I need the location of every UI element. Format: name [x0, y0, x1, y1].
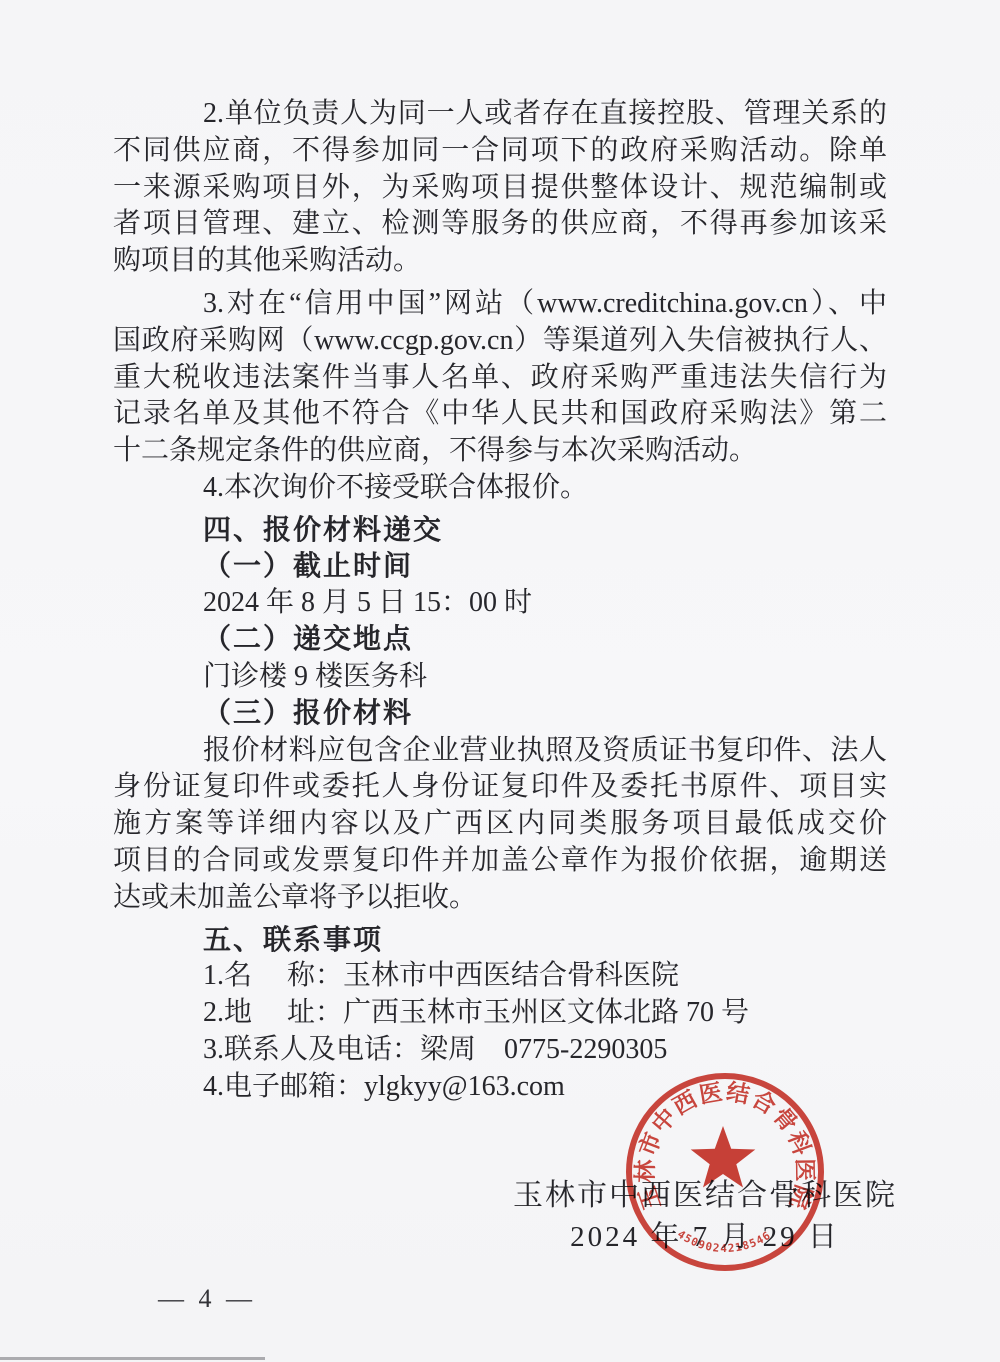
- seal-star-icon: [691, 1126, 756, 1188]
- text-line: 施方案等详细内容以及广西区内同类服务项目最低成交价: [113, 806, 887, 843]
- paragraph-materials-requirements: 报价材料应包含企业营业执照及资质证书复印件、法人身份证复印件或委托人身份证复印件…: [113, 733, 887, 917]
- text-line: 国政府采购网（www.ccgp.gov.cn）等渠道列入失信被执行人、: [113, 323, 887, 360]
- scan-artifact-line: [0, 1357, 265, 1360]
- text-line: 2.单位负责人为同一人或者存在直接控股、管理关系的: [113, 96, 887, 133]
- official-seal-stamp: 玉林市中西医结合骨科医院 4509024218546: [595, 1042, 855, 1302]
- text-line: 十二条规定条件的供应商，不得参与本次采购活动。: [113, 433, 887, 470]
- contact-item: 1.名 称：玉林市中西医结合骨科医院: [113, 958, 887, 995]
- location-value: 门诊楼 9 楼医务科: [113, 659, 887, 696]
- text-line: 达或未加盖公章将予以拒收。: [113, 880, 887, 917]
- subheading-submission-location: （二）递交地点: [113, 622, 887, 659]
- text-line: 3.对在“信用中国”网站（www.creditchina.gov.cn）、中: [113, 286, 887, 323]
- text-line: 者项目管理、建立、检测等服务的供应商，不得再参加该采: [113, 206, 887, 243]
- seal-graphic: 玉林市中西医结合骨科医院 4509024218546: [595, 1042, 855, 1302]
- text-line: 身份证复印件或委托人身份证复印件及委托书原件、项目实: [113, 769, 887, 806]
- contact-item: 2.地 址：广西玉林市玉州区文体北路 70 号: [113, 995, 887, 1032]
- deadline-value: 2024 年 8 月 5 日 15：00 时: [113, 585, 887, 622]
- paragraph-credit-blacklist: 3.对在“信用中国”网站（www.creditchina.gov.cn）、中国政…: [113, 286, 887, 470]
- paragraph-no-consortium: 4.本次询价不接受联合体报价。: [113, 470, 887, 507]
- text-line: 购项目的其他采购活动。: [113, 243, 887, 280]
- text-line: 记录名单及其他不符合《中华人民共和国政府采购法》第二: [113, 396, 887, 433]
- text-line: 不同供应商，不得参加同一合同项下的政府采购活动。除单: [113, 133, 887, 170]
- heading-section-4-materials-submission: 四、报价材料递交: [113, 512, 887, 549]
- text-line: 项目的合同或发票复印件并加盖公章作为报价依据，逾期送: [113, 843, 887, 880]
- text-line: 重大税收违法案件当事人名单、政府采购严重违法失信行为: [113, 360, 887, 397]
- subheading-deadline: （一）截止时间: [113, 549, 887, 586]
- text-line: 一来源采购项目外，为采购项目提供整体设计、规范编制或: [113, 170, 887, 207]
- text-line: 报价材料应包含企业营业执照及资质证书复印件、法人: [113, 733, 887, 770]
- scanned-document-page: 2.单位负责人为同一人或者存在直接控股、管理关系的不同供应商，不得参加同一合同项…: [0, 0, 1000, 1362]
- document-body: 2.单位负责人为同一人或者存在直接控股、管理关系的不同供应商，不得参加同一合同项…: [113, 96, 887, 1106]
- paragraph-supplier-restrictions: 2.单位负责人为同一人或者存在直接控股、管理关系的不同供应商，不得参加同一合同项…: [113, 96, 887, 280]
- seal-number: 4509024218546: [675, 1228, 774, 1255]
- page-number: — 4 —: [158, 1284, 256, 1314]
- heading-section-5-contact: 五、联系事项: [113, 922, 887, 959]
- subheading-quotation-materials: （三）报价材料: [113, 696, 887, 733]
